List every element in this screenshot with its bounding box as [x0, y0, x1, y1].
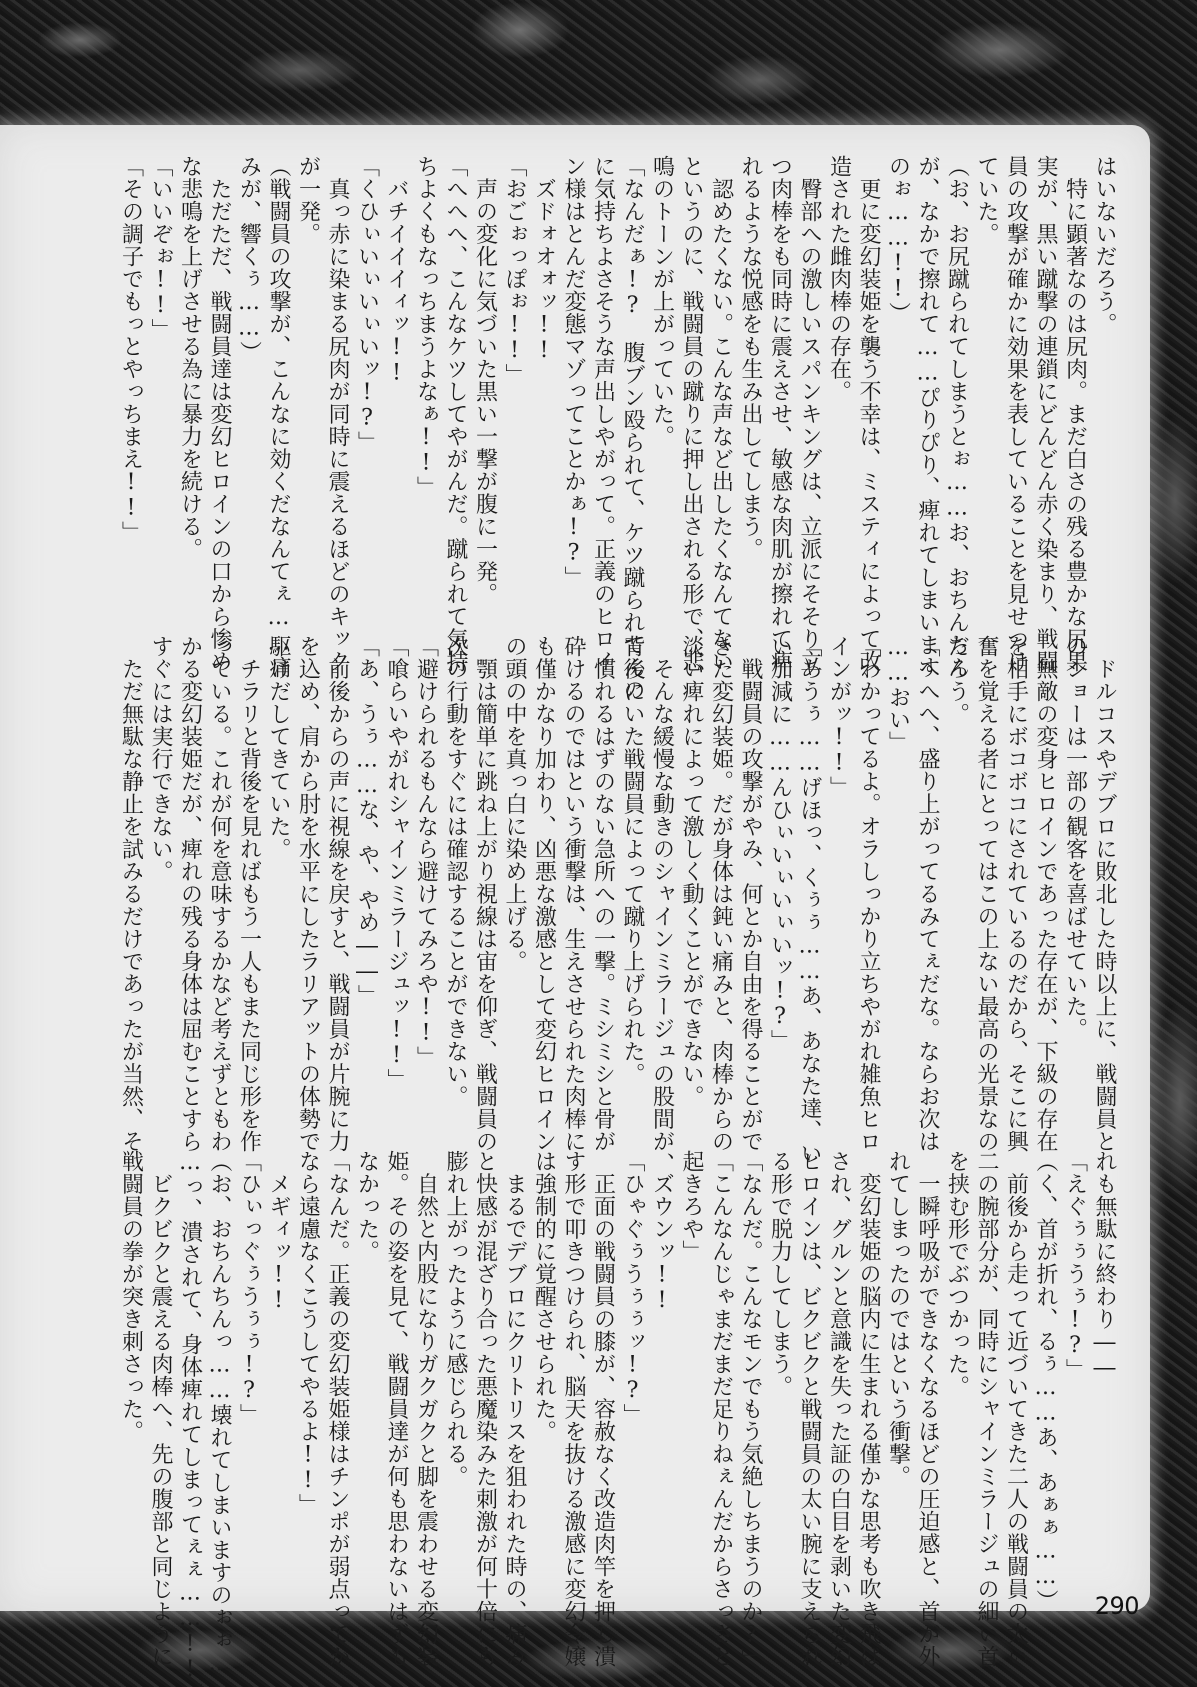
text-column: というのに、戦闘員の蹴りに押し出される形で、悲: [677, 155, 707, 625]
text-column: 起きろや」: [677, 1150, 707, 1590]
text-block-top: はいないだろう。 特に顕著なのは尻肉。まだ白さの残る豊かな尻果実が、黒い蹴撃の連…: [116, 155, 1119, 625]
page-number: 290: [1095, 1592, 1139, 1620]
text-column: 員の攻撃が確かに効果を表していることを見せつけ: [1001, 155, 1031, 625]
text-column: が、なかで擦れて……ぴりぴり、痺れてしまいます: [913, 155, 943, 625]
text-column: 「その調子でもっとやっちまえ!!」: [116, 155, 146, 625]
text-column: れも無駄に終わり――: [1090, 1150, 1120, 1590]
text-column: みが、響くぅ……）: [234, 155, 264, 625]
text-block-bottom: れも無駄に終わり――「えぐぅぅうぅ!?」（く、首が折れ、るぅ……あ、あぁぁ……）…: [116, 1150, 1119, 1590]
text-column: 背後にいた戦闘員によって蹴り上げられた。: [618, 635, 648, 1095]
text-column: い加減に……んひぃいぃいぃいッ!?」: [765, 635, 795, 1095]
text-column: 二の腕部分が、同時にシャインミラージュの細い首: [972, 1150, 1002, 1590]
text-column: なら遠慮なくこうしてやるよ!!」: [293, 1150, 323, 1590]
text-column: な悲鳴を上げさせる為に暴力を続ける。: [175, 155, 205, 625]
text-column: バチイイイィッ!!: [382, 155, 412, 625]
text-column: のショーは一部の観客を喜ばせていた。: [1060, 635, 1090, 1095]
text-column: まるでデブロにクリトリスを狙われた時の、痛み: [500, 1150, 530, 1590]
text-column: 膨れ上がったように感じられる。: [441, 1150, 471, 1590]
text-column: 「なんだ。こんなモンでもう気絶しちまうのか?」: [736, 1150, 766, 1590]
text-column: 真っ赤に染まる尻肉が同時に震えるほどのキック: [323, 155, 353, 625]
text-column: 自然と内股になりガクガクと脚を震わせる変幻装: [411, 1150, 441, 1590]
text-column: きた変幻装姫。だが身体は鈍い痛みと、肉棒からの: [706, 635, 736, 1095]
text-column: 無敵の変身ヒロインであった存在が、下級の存在: [1031, 635, 1061, 1095]
text-column: され、グルンと意識を失った証の白目を剥いた変幻: [824, 1150, 854, 1590]
text-column: （戦闘員の攻撃が、こんなに効くだなんてぇ……痛: [264, 155, 294, 625]
text-column: 淡い痺れによって激しく動くことができない。: [677, 635, 707, 1095]
text-column: 「なんだぁ!? 腹ブン殴られて、ケツ蹴られてんの: [618, 155, 648, 625]
text-column: ちよくもなっちまうよなぁ!!」: [411, 155, 441, 625]
text-column: 「なんだ。正義の変幻装姫様はチンポが弱点ってか。: [323, 1150, 353, 1590]
text-column: 砕けるのではという衝撃は、生えさせられた肉棒に: [559, 635, 589, 1095]
text-column: 顎は簡単に跳ね上がり視線は宙を仰ぎ、戦闘員の: [470, 635, 500, 1095]
text-column: 鳴のトーンが上がっていた。: [647, 155, 677, 625]
text-column: も僅かなり加わり、凶悪な激感として変幻ヒロイン: [529, 635, 559, 1095]
text-column: 戦闘員の拳が突き刺さった。: [116, 1150, 146, 1590]
text-column: 「避けられるもんなら避けてみろや!!」: [411, 635, 441, 1095]
text-column: ズウンッ!!: [647, 1150, 677, 1590]
text-column: 認めたくない。こんな声など出したくなんてない: [706, 155, 736, 625]
text-column: （く、首が折れ、るぅ……あ、あぁぁ……）: [1031, 1150, 1061, 1590]
text-column: チラリと背後を見ればもう一人もまた同じ形を作: [234, 635, 264, 1095]
text-column: 臀部への激しいスパンキングは、立派にそそり立: [795, 155, 825, 625]
text-column: 次の行動をすぐには確認することができない。: [441, 635, 471, 1095]
text-column: が一発。: [293, 155, 323, 625]
text-block-middle: ドルコスやデブロに敗北した時以上に、戦闘員とのショーは一部の観客を喜ばせていた。…: [116, 635, 1119, 1095]
text-column: だろう。: [942, 635, 972, 1095]
text-column: …っ、潰されて、身体痺れてしまってぇぇ……!!）: [175, 1150, 205, 1590]
text-column: 「ひゃぐぅうぅぅッ!?」: [618, 1150, 648, 1590]
text-column: 慣れるはずのない急所への一撃。ミシミシと骨が: [588, 635, 618, 1095]
text-column: 「ひぃっぐぅうぅぅ!?」: [234, 1150, 264, 1590]
text-column: す形で叩きつけられ、脳天を抜ける激感に変幻令嬢: [559, 1150, 589, 1590]
text-column: 戦闘員の攻撃がやみ、何とか自由を得ることがで: [736, 635, 766, 1095]
text-column: かる変幻装姫だが、痺れの残る身体は屈むことすら: [175, 635, 205, 1095]
text-column: 「へへへ、こんなケツしてやがんだ。蹴られて気持: [441, 155, 471, 625]
text-column: 「くひぃいぃいぃいッ!?」: [352, 155, 382, 625]
text-column: 実が、黒い蹴撃の連鎖にどんどん赤く染まり、戦闘: [1031, 155, 1061, 625]
text-column: のぉ……!!）: [883, 155, 913, 625]
text-column: 「へへへ、盛り上がってるみてぇだな。ならお次は: [913, 635, 943, 1095]
text-column: 「わかってるよ。オラしっかり立ちやがれ雑魚ヒロ: [854, 635, 884, 1095]
text-column: を込め、肩から肘を水平にしたラリアットの体勢で: [293, 635, 323, 1095]
text-column: 奮を覚える者にとってはこの上ない最高の光景なの: [972, 635, 1002, 1095]
text-column: の頭の中を真っ白に染め上げる。: [500, 635, 530, 1095]
text-column: ……おい」: [883, 635, 913, 1095]
text-column: ヒロインは、ビクビクと戦闘員の太い腕に支えられ: [795, 1150, 825, 1590]
text-column: 正面の戦闘員の膝が、容赦なく改造肉竿を押し潰: [588, 1150, 618, 1590]
text-column: 前後から走って近づいてきた二人の戦闘員の太い: [1001, 1150, 1031, 1590]
text-column: 「あうぅ……げほっ、くぅぅ……あ、あなた達、い: [795, 635, 825, 1095]
text-column: （お、おちんちんっ……壊れてしまいますのぉぉ…: [205, 1150, 235, 1590]
text-column: ただ無駄な静止を試みるだけであったが当然、そ: [116, 635, 146, 1095]
text-column: つ肉棒をも同時に震えさせ、敏感な肉肌が擦れて痺: [765, 155, 795, 625]
text-column: れてしまったのではという衝撃。: [883, 1150, 913, 1590]
text-column: インがッ!!」: [824, 635, 854, 1095]
text-column: 特に顕著なのは尻肉。まだ白さの残る豊かな尻果: [1060, 155, 1090, 625]
text-column: ただただ、戦闘員達は変幻ヒロインの口から惨め: [205, 155, 235, 625]
text-column: 造された雌肉棒の存在。: [824, 155, 854, 625]
text-column: 「喰らいやがれシャインミラージュッ!!」: [382, 635, 412, 1095]
text-column: る形で脱力してしまう。: [765, 1150, 795, 1590]
text-column: ていた。: [972, 155, 1002, 625]
text-column: と快感が混ざり合った悪魔染みた刺激が何十倍にも: [470, 1150, 500, 1590]
text-column: 「いいぞぉ!!」: [146, 155, 176, 625]
text-column: なかった。: [352, 1150, 382, 1590]
text-column: を相手にボコボコにされているのだから、そこに興: [1001, 635, 1031, 1095]
text-column: 駆けだしてきていた。: [264, 635, 294, 1095]
text-column: 「えぐぅぅうぅ!?」: [1060, 1150, 1090, 1590]
text-column: っている。これが何を意味するかなど考えずともわ: [205, 635, 235, 1095]
text-column: に気持ちよさそうな声出しやがって。正義のヒロイ: [588, 155, 618, 625]
text-column: はいないだろう。: [1090, 155, 1120, 625]
text-column: 姫。その姿を見て、戦闘員達が何も思わないはずも: [382, 1150, 412, 1590]
text-column: 一瞬呼吸ができなくなるほどの圧迫感と、首が外: [913, 1150, 943, 1590]
text-column: ドルコスやデブロに敗北した時以上に、戦闘員と: [1090, 635, 1120, 1095]
text-column: 「こんなんじゃまだまだ足りねぇんだからさっさと: [706, 1150, 736, 1590]
text-column: ン様はとんだ変態マゾってことかぁ!?」: [559, 155, 589, 625]
text-column: れるような悦感をも生み出してしまう。: [736, 155, 766, 625]
text-column: そんな緩慢な動きのシャインミラージュの股間が、: [647, 635, 677, 1095]
text-column: ビクビクと震える肉棒へ、先の腹部と同じように: [146, 1150, 176, 1590]
text-column: メギィッ!!: [264, 1150, 294, 1590]
text-column: 前後からの声に視線を戻すと、戦闘員が片腕に力: [323, 635, 353, 1095]
text-column: 「おごぉっぽぉ!!」: [500, 155, 530, 625]
text-column: は強制的に覚醒させられた。: [529, 1150, 559, 1590]
text-column: 声の変化に気づいた黒い一撃が腹に一発。: [470, 155, 500, 625]
text-column: 変幻装姫の脳内に生まれる僅かな思考も吹き飛ば: [854, 1150, 884, 1590]
text-column: 更に変幻装姫を襲う不幸は、ミスティによって改: [854, 155, 884, 625]
text-column: すぐには実行できない。: [146, 635, 176, 1095]
text-column: ズドォオォッ!!: [529, 155, 559, 625]
text-column: （お、お尻蹴られてしまうとぉ……お、おちんちん: [942, 155, 972, 625]
text-column: を挟む形でぶつかった。: [942, 1150, 972, 1590]
text-column: 「あ、うぅ……な、や、やめ――」: [352, 635, 382, 1095]
